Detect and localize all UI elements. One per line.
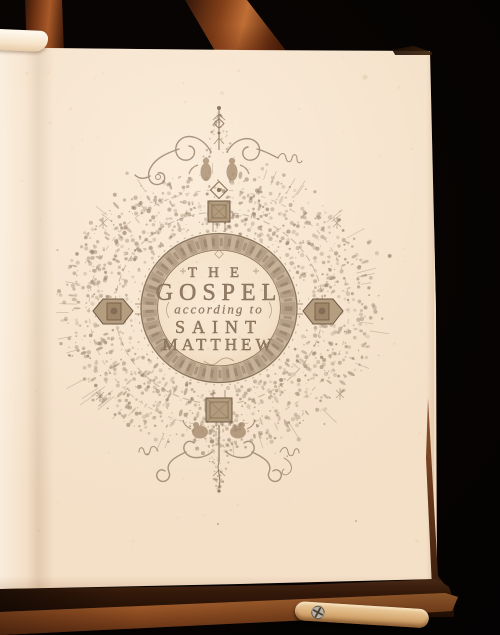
easel-right-leg	[180, 0, 292, 56]
book-page	[0, 0, 438, 592]
cover-edge-notch	[392, 46, 432, 55]
page-curl	[0, 29, 48, 52]
book-photograph: THE GOSPEL according to SAINT MATTHEW	[0, 0, 500, 635]
clamp-screw	[311, 605, 326, 620]
